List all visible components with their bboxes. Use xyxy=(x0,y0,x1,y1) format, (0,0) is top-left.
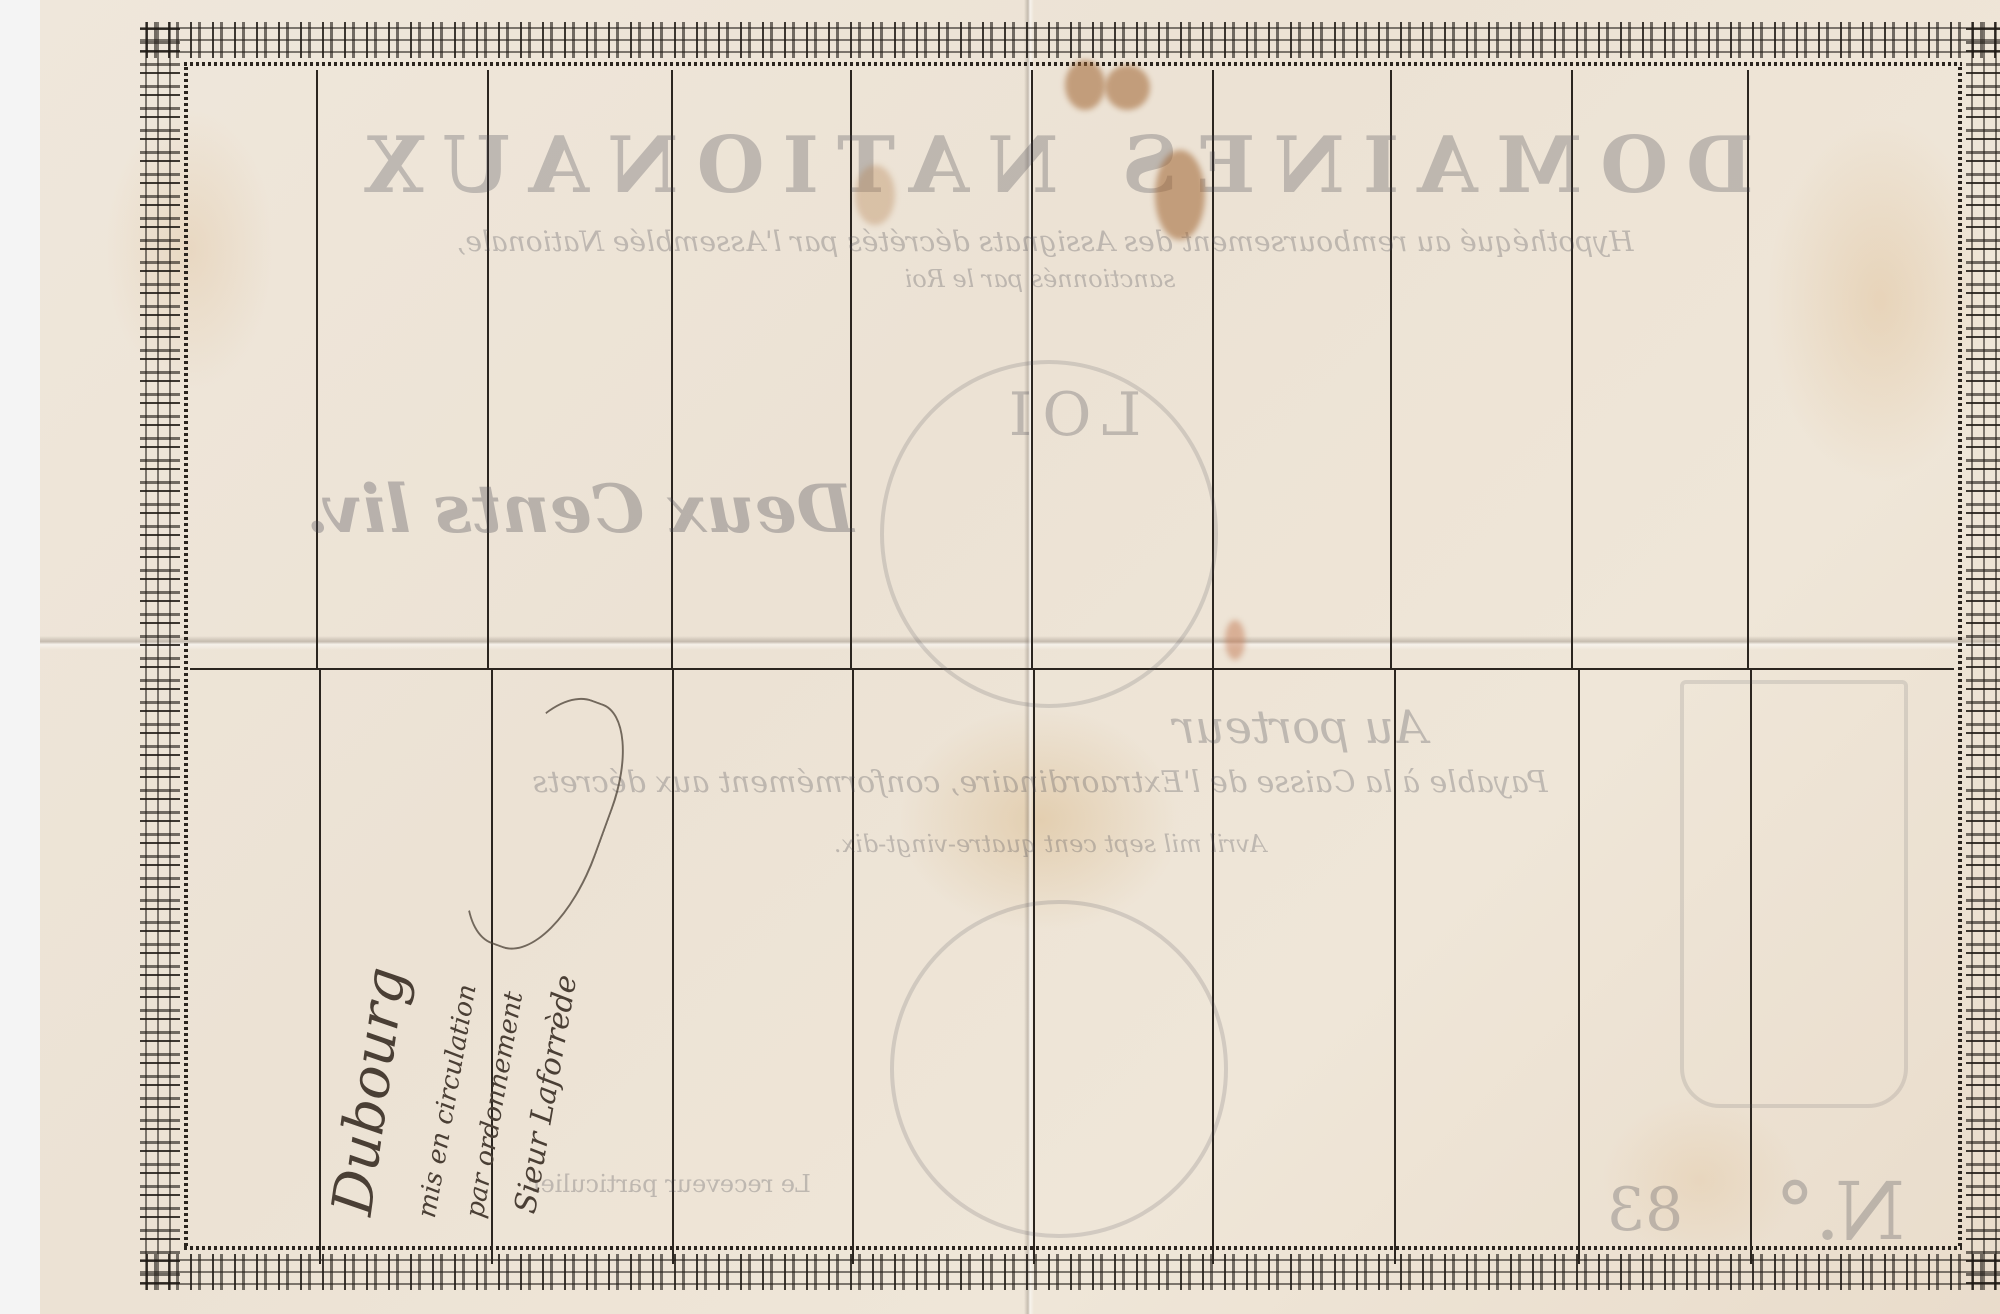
shield-emblem-show-through xyxy=(1680,680,1908,1108)
stain xyxy=(1065,60,1105,110)
chain-line-right xyxy=(1958,66,1962,1246)
banknote-sheet: DOMAINES NATIONAUX Hypothéqué au rembour… xyxy=(40,0,2000,1314)
stain xyxy=(1225,620,1245,660)
show-through-line2: sanctionnés par le Roi xyxy=(340,265,1740,293)
border-right xyxy=(1966,22,2000,1290)
show-through-title: DOMAINES NATIONAUX xyxy=(250,120,1850,211)
show-through-amount: Deux Cents liv. xyxy=(270,470,890,548)
show-through-line1: Hypothéqué au remboursement des Assignat… xyxy=(320,225,1770,258)
show-through-caisse: Payable à la Caisse de l'Extraordinaire,… xyxy=(240,765,1840,800)
show-through-number-label: N.° xyxy=(1740,1165,1940,1258)
show-through-date: Avril mil sept cent quatre-vingt-dix. xyxy=(600,830,1500,858)
stain xyxy=(855,165,895,225)
border-top xyxy=(140,22,2000,58)
show-through-porteur: Au porteur xyxy=(1090,700,1510,754)
stain xyxy=(1105,65,1150,110)
show-through-serial: 83 xyxy=(1570,1175,1720,1245)
chain-line-left xyxy=(184,66,188,1246)
show-through-loi: LOI xyxy=(920,380,1220,450)
border-left xyxy=(140,22,180,1290)
column-line xyxy=(1394,670,1396,1264)
stain xyxy=(1155,150,1205,240)
column-line xyxy=(1212,670,1214,1264)
